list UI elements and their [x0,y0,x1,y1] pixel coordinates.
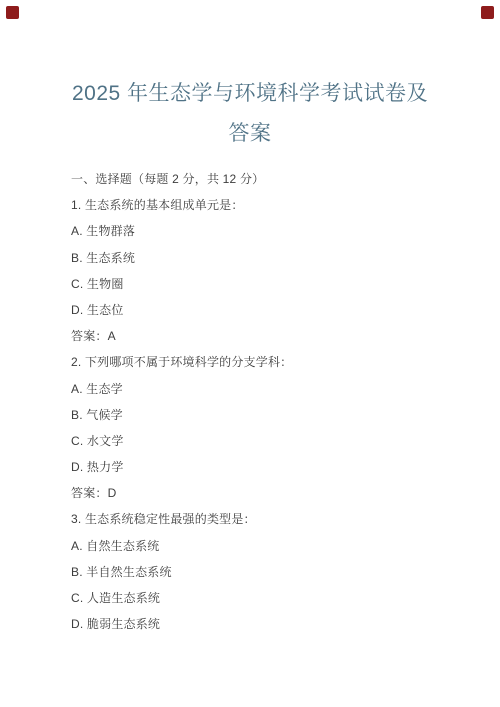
document-title: 2025 年生态学与环境科学考试试卷及 答案 [30,74,470,154]
question-2-answer: 答案：D [71,480,470,506]
section-header: 一、选择题（每题 2 分，共 12 分） [71,166,470,192]
question-3-option-b: B. 半自然生态系统 [71,559,470,585]
document-title-line2: 答案 [30,114,470,154]
question-2-option-c: C. 水文学 [71,428,470,454]
question-1-option-d: D. 生态位 [71,297,470,323]
question-3-option-c: C. 人造生态系统 [71,585,470,611]
question-1-answer: 答案：A [71,323,470,349]
question-2-option-a: A. 生态学 [71,376,470,402]
question-2-option-b: B. 气候学 [71,402,470,428]
question-2-option-d: D. 热力学 [71,454,470,480]
document-title-line1: 2025 年生态学与环境科学考试试卷及 [30,74,470,114]
question-1-option-b: B. 生态系统 [71,245,470,271]
question-1-option-a: A. 生物群落 [71,218,470,244]
corner-mark-left [6,6,19,19]
question-3-option-a: A. 自然生态系统 [71,533,470,559]
document-body: 一、选择题（每题 2 分，共 12 分） 1. 生态系统的基本组成单元是： A.… [71,166,470,637]
corner-mark-right [481,6,494,19]
question-3-stem: 3. 生态系统稳定性最强的类型是： [71,506,470,532]
question-1-option-c: C. 生物圈 [71,271,470,297]
question-1-stem: 1. 生态系统的基本组成单元是： [71,192,470,218]
question-3-option-d: D. 脆弱生态系统 [71,611,470,637]
question-2-stem: 2. 下列哪项不属于环境科学的分支学科： [71,349,470,375]
